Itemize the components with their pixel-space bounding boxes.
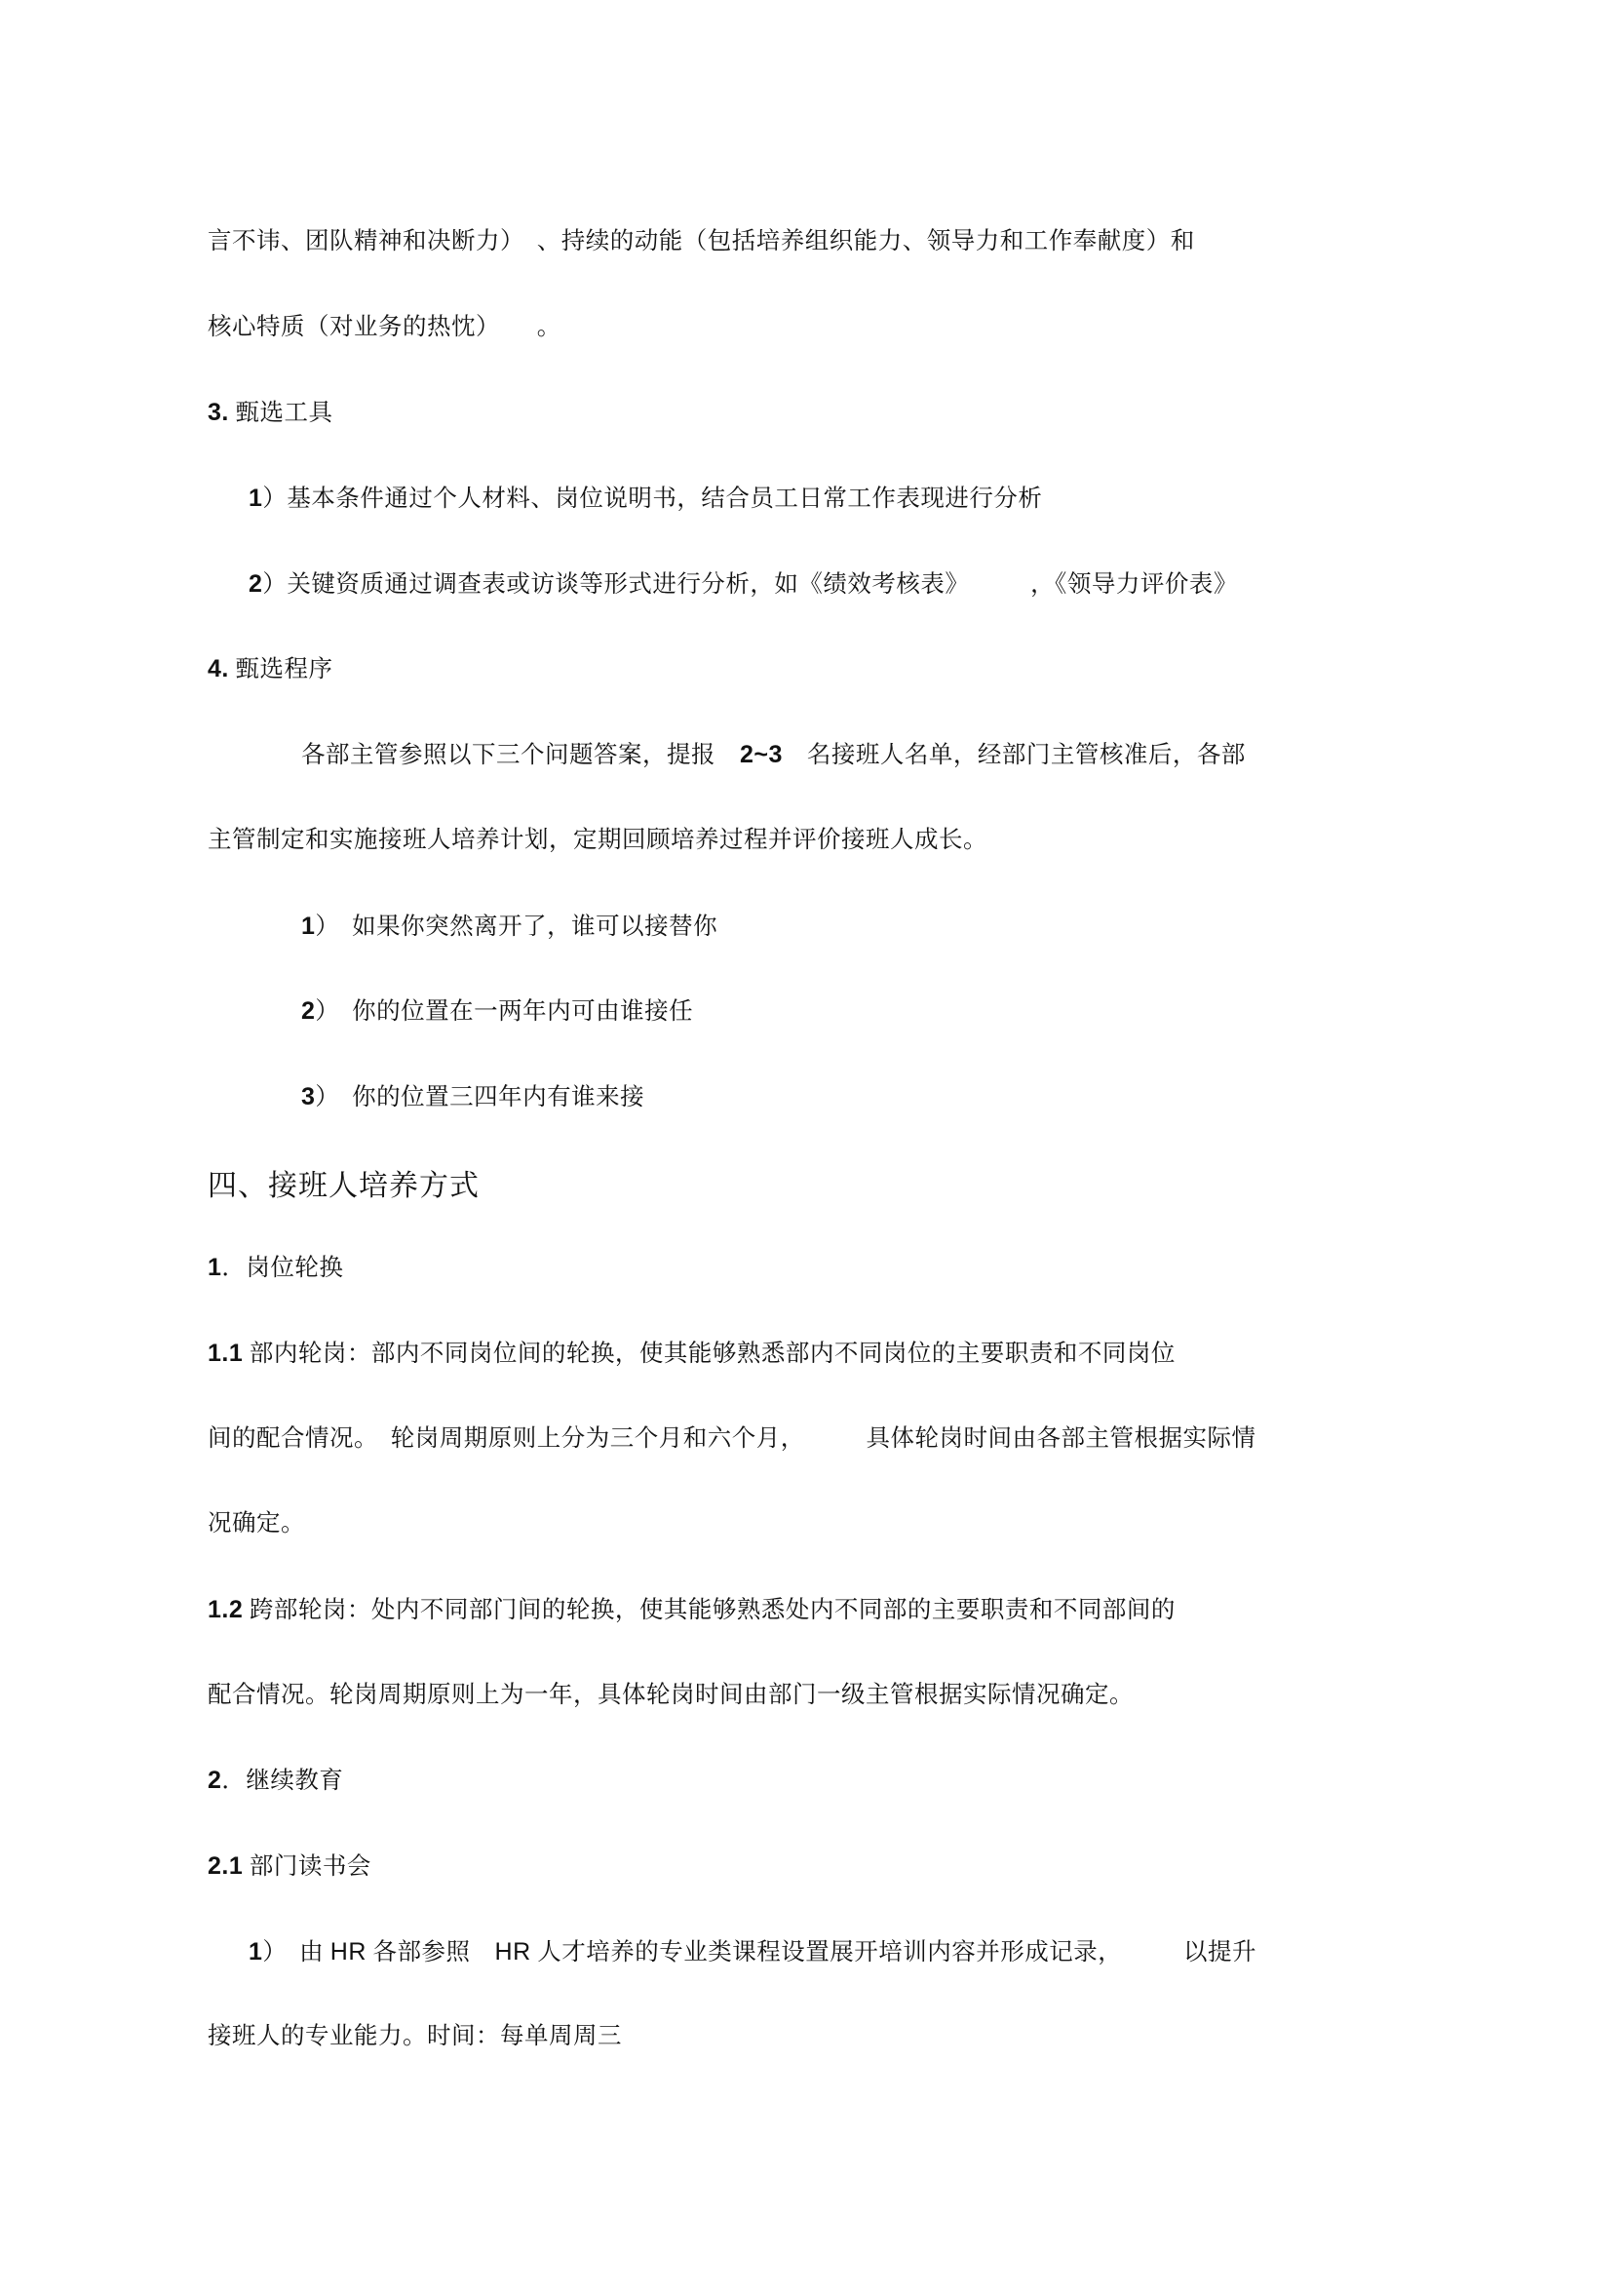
text-line: 2．继续教育 <box>0 1765 1622 1850</box>
number-run: 3. <box>208 399 229 426</box>
text-run: 言不讳、团队精神和决断力） 、持续的动能（包括培养组织能力、领导力和工作奉献度）… <box>208 228 1195 254</box>
number-run: 2 <box>208 1767 221 1794</box>
text-line: 2.1 部门读书会 <box>0 1850 1622 1936</box>
text-run: 跨部轮岗：处内不同部门间的轮换，使其能够熟悉处内不同部的主要职责和不同部间的 <box>243 1597 1176 1623</box>
text-run: 甄选工具 <box>229 400 333 426</box>
text-line: 4. 甄选程序 <box>0 653 1622 739</box>
text-run: ） 你的位置三四年内有谁来接 <box>315 1084 644 1110</box>
number-run: 1.1 <box>208 1340 243 1367</box>
text-line: 1.2 跨部轮岗：处内不同部门间的轮换，使其能够熟悉处内不同部的主要职责和不同部… <box>0 1594 1622 1680</box>
number-run: HR <box>330 1938 367 1965</box>
text-run: ） 由 <box>262 1939 329 1965</box>
text-run: ） 如果你突然离开了，谁可以接替你 <box>315 914 717 940</box>
text-run: ） 你的位置在一两年内可由谁接任 <box>315 998 693 1025</box>
number-run: 4. <box>208 655 229 682</box>
text-run: 配合情况。轮岗周期原则上为一年，具体轮岗时间由部门一级主管根据实际情况确定。 <box>208 1682 1134 1708</box>
text-line: 3. 甄选工具 <box>0 397 1622 483</box>
number-run: 2~3 <box>740 741 783 768</box>
number-run: 1.2 <box>208 1596 243 1623</box>
number-run: 2 <box>301 997 315 1025</box>
text-line: 核心特质（对业务的热忱） 。 <box>0 312 1622 398</box>
text-line: 1） 如果你突然离开了，谁可以接替你 <box>0 911 1622 996</box>
text-line: 间的配合情况。 轮岗周期原则上分为三个月和六个月， 具体轮岗时间由各部主管根据实… <box>0 1423 1622 1509</box>
text-run: 名接班人名单，经部门主管核准后，各部 <box>783 742 1246 768</box>
text-run: 部门读书会 <box>243 1853 371 1880</box>
text-line: 3） 你的位置三四年内有谁来接 <box>0 1081 1622 1167</box>
text-line: 1.1 部内轮岗：部内不同岗位间的轮换，使其能够熟悉部内不同岗位的主要职责和不同… <box>0 1338 1622 1423</box>
text-run: 接班人的专业能力。时间：每单周周三 <box>208 2023 622 2049</box>
text-run: ．岗位轮换 <box>221 1255 343 1281</box>
text-line: 2）关键资质通过调查表或访谈等形式进行分析，如《绩效考核表》 ，《领导力评价表》 <box>0 568 1622 654</box>
number-run: 1 <box>301 913 315 940</box>
text-run: 四、接班人培养方式 <box>208 1170 480 1202</box>
text-run: 主管制定和实施接班人培养计划，定期回顾培养过程并评价接班人成长。 <box>208 827 987 853</box>
text-run: ．继续教育 <box>221 1768 343 1794</box>
text-run: 核心特质（对业务的热忱） 。 <box>208 314 561 340</box>
text-run: 部内轮岗：部内不同岗位间的轮换，使其能够熟悉部内不同岗位的主要职责和不同岗位 <box>243 1341 1176 1367</box>
number-run: 2.1 <box>208 1852 243 1880</box>
document-page: 言不讳、团队精神和决断力） 、持续的动能（包括培养组织能力、领导力和工作奉献度）… <box>0 0 1622 2296</box>
number-run: 1 <box>208 1254 221 1281</box>
text-line: 1．岗位轮换 <box>0 1252 1622 1338</box>
number-run: 3 <box>301 1083 315 1110</box>
text-run: ）基本条件通过个人材料、岗位说明书，结合员工日常工作表现进行分析 <box>262 486 1042 512</box>
text-line: 况确定。 <box>0 1508 1622 1594</box>
text-line: 1）基本条件通过个人材料、岗位说明书，结合员工日常工作表现进行分析 <box>0 483 1622 568</box>
number-run: HR <box>495 1938 531 1965</box>
number-run: 1 <box>249 485 262 512</box>
text-run: 各部主管参照以下三个问题答案，提报 <box>301 742 740 768</box>
text-line: 言不讳、团队精神和决断力） 、持续的动能（包括培养组织能力、领导力和工作奉献度）… <box>0 226 1622 312</box>
text-line: 各部主管参照以下三个问题答案，提报 2~3 名接班人名单，经部门主管核准后，各部 <box>0 739 1622 825</box>
text-line: 1） 由 HR 各部参照 HR 人才培养的专业类课程设置展开培训内容并形成记录，… <box>0 1936 1622 2022</box>
text-line: 配合情况。轮岗周期原则上为一年，具体轮岗时间由部门一级主管根据实际情况确定。 <box>0 1680 1622 1766</box>
text-line: 2） 你的位置在一两年内可由谁接任 <box>0 995 1622 1081</box>
text-run: 人才培养的专业类课程设置展开培训内容并形成记录， 以提升 <box>531 1939 1256 1965</box>
number-run: 2 <box>249 570 262 598</box>
text-run: 间的配合情况。 轮岗周期原则上分为三个月和六个月， 具体轮岗时间由各部主管根据实… <box>208 1425 1256 1452</box>
text-run: 况确定。 <box>208 1510 305 1537</box>
section-heading: 四、接班人培养方式 <box>0 1167 1622 1253</box>
text-run: 各部参照 <box>367 1939 495 1965</box>
document-content: 言不讳、团队精神和决断力） 、持续的动能（包括培养组织能力、领导力和工作奉献度）… <box>0 226 1622 2107</box>
text-run: ）关键资质通过调查表或访谈等形式进行分析，如《绩效考核表》 ，《领导力评价表》 <box>262 571 1238 598</box>
text-line: 接班人的专业能力。时间：每单周周三 <box>0 2021 1622 2107</box>
text-run: 甄选程序 <box>229 656 333 682</box>
text-line: 主管制定和实施接班人培养计划，定期回顾培养过程并评价接班人成长。 <box>0 825 1622 911</box>
number-run: 1 <box>249 1938 262 1965</box>
